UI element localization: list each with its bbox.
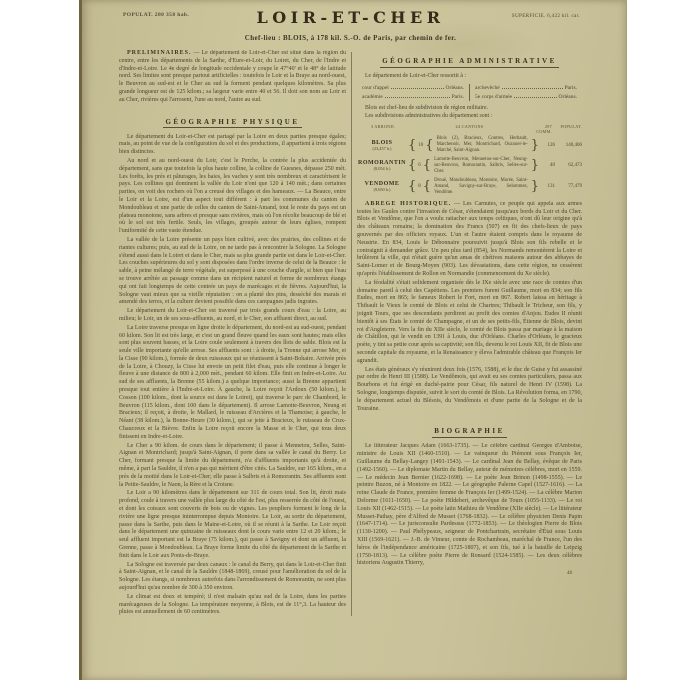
jurisdiction-value: Paris. xyxy=(452,93,464,102)
brace-close-icon: } xyxy=(530,180,540,193)
historique-paragraph: ABRÉGÉ HISTORIQUE. — Les Carnutes, ce pe… xyxy=(357,201,582,279)
page-content: POPULAT. 280 358 hab. LOIR-ET-CHER SUPER… xyxy=(119,5,582,680)
brace-open-icon: { xyxy=(407,139,417,152)
dot-leader xyxy=(502,88,563,89)
header-arrondissements: 3 ARROND. xyxy=(357,124,409,134)
two-column-body: PRÉLIMINAIRES. — Le département de Loir-… xyxy=(119,50,582,630)
jurisdiction-label: 5e corps d'armée xyxy=(475,93,512,102)
section-heading-text: GÉOGRAPHIE ADMINISTRATIVE xyxy=(380,57,559,68)
brace-open-icon: { xyxy=(407,159,417,172)
paragraph: Le Cher a 90 kilom. de cours dans le dép… xyxy=(119,443,346,490)
jurisdiction-label: archevêché xyxy=(475,84,500,93)
jurisdictions-table: cour d'appel Orléans. académie Paris. ar xyxy=(357,84,582,102)
communes-count: 40 xyxy=(540,163,555,168)
jurisdiction-label: académie xyxy=(362,93,383,102)
paragraph: Le climat est doux et tempéré; il n'est … xyxy=(119,594,346,617)
paragraph: La Sologne est traversée par deux canaux… xyxy=(119,562,346,593)
brace-open-icon: { xyxy=(424,139,434,152)
jurisdictions-right: archevêché Paris. 5e corps d'armée Orléa… xyxy=(469,84,582,102)
biographie-section: Le littérateur Jacques Adam (1663-1735).… xyxy=(357,443,582,567)
table-row: VENDOME (9,650 h.) { 8 { Droué, Mondoubl… xyxy=(357,178,582,196)
jurisdiction-label: cour d'appel xyxy=(362,84,389,93)
admin-table: 3 ARROND. 24 CANTONS 297 COMM. POPULAT. … xyxy=(357,124,582,196)
page-number: 48 xyxy=(357,571,582,576)
historique-paragraph: La féodalité s'était solidement organisé… xyxy=(357,280,582,366)
arrondissement-name: VENDOME (9,650 h.) xyxy=(357,181,407,192)
brace-close-icon: } xyxy=(530,139,540,152)
cantons-list: Lamotte-Beuvron, Mennetou-sur-Cher, Neun… xyxy=(432,157,530,175)
historique-label: ABRÉGÉ HISTORIQUE. xyxy=(365,201,451,207)
section-heading-biographie: BIOGRAPHIE xyxy=(357,420,582,438)
paragraph: La Loire traverse presque en ligne droit… xyxy=(119,325,346,442)
paragraph: Le département du Loir-et-Cher est parta… xyxy=(119,134,346,157)
brace-open-icon: { xyxy=(422,180,432,193)
preliminaires-text: — Le département de Loir-et-Cher est sit… xyxy=(119,50,346,103)
admin-intro: Le département de Loir-et-Cher ressortit… xyxy=(357,73,582,81)
subdivisions-intro: Les subdivisions administratives du dépa… xyxy=(357,113,582,121)
left-column: PRÉLIMINAIRES. — Le département de Loir-… xyxy=(119,50,346,630)
dot-leader xyxy=(391,88,444,89)
jurisdiction-row: archevêché Paris. xyxy=(475,84,577,93)
table-row: ROMORANTIN (8,054 h.) { 6 { Lamotte-Beuv… xyxy=(357,157,582,175)
arrondissement-hab: (9,650 h.) xyxy=(357,187,407,192)
dot-leader xyxy=(385,97,450,98)
brace-close-icon: } xyxy=(530,159,540,172)
population-count: 77,479 xyxy=(555,184,582,189)
cantons-list: Blois (2), Bracieux, Contres, Herbault, … xyxy=(435,136,530,154)
jurisdiction-row: 5e corps d'armée Orléans. xyxy=(475,93,577,102)
section-heading-text: BIOGRAPHIE xyxy=(432,427,507,438)
arrondissement-hab: (23,457 h.) xyxy=(357,146,407,151)
population-count: 140,406 xyxy=(555,143,582,148)
biographie-paragraph: Le littérateur Jacques Adam (1663-1735).… xyxy=(357,443,582,567)
jurisdiction-value: Orléans. xyxy=(559,93,577,102)
paragraph: Le département du Loir-et-Cher est trave… xyxy=(119,308,346,324)
jurisdiction-value: Orléans. xyxy=(446,84,464,93)
preliminaires-label: PRÉLIMINAIRES. xyxy=(127,50,192,56)
paragraph: La vallée de la Loire présente un pays b… xyxy=(119,237,346,307)
population-count: 62,473 xyxy=(555,163,582,168)
section-heading-geographie-administrative: GÉOGRAPHIE ADMINISTRATIVE xyxy=(357,50,582,68)
brace-open-icon: { xyxy=(407,180,417,193)
population-stat: POPULAT. 280 358 hab. xyxy=(123,12,189,18)
header-cantons: 24 CANTONS xyxy=(409,124,530,134)
arrondissement-name: BLOIS (23,457 h.) xyxy=(357,140,407,151)
preliminaires-paragraph: PRÉLIMINAIRES. — Le département de Loir-… xyxy=(119,50,346,105)
admin-table-header: 3 ARROND. 24 CANTONS 297 COMM. POPULAT. xyxy=(357,124,582,134)
jurisdictions-left: cour d'appel Orléans. académie Paris. xyxy=(357,84,469,102)
column-divider xyxy=(351,52,352,616)
table-row: BLOIS (23,457 h.) { 10 { Blois (2), Brac… xyxy=(357,136,582,154)
right-column: GÉOGRAPHIE ADMINISTRATIVE Le département… xyxy=(357,50,582,630)
military-note: Blois est chef-lieu de subdivision de ré… xyxy=(357,105,582,113)
dot-leader xyxy=(514,97,556,98)
arrondissement-name: ROMORANTIN (8,054 h.) xyxy=(357,160,407,171)
paragraph: Le Loir a 90 kilomètres dans le départem… xyxy=(119,490,346,560)
header-communes: 297 COMM. xyxy=(530,124,552,134)
section-heading-geographie-physique: GÉOGRAPHIE PHYSIQUE xyxy=(119,111,346,129)
historique-paragraph: Les états généraux s'y réunirent deux fo… xyxy=(357,367,582,414)
jurisdiction-row: cour d'appel Orléans. xyxy=(362,84,464,93)
header-population: POPULAT. xyxy=(552,124,582,134)
historique-section: ABRÉGÉ HISTORIQUE. — Les Carnutes, ce pe… xyxy=(357,201,582,415)
paragraph: Au nord et au nord-ouest du Loir, c'est … xyxy=(119,158,346,236)
historique-text: — Les Carnutes, ce peuple qui appela aux… xyxy=(357,201,582,277)
jurisdiction-row: académie Paris. xyxy=(362,93,464,102)
superficie-stat: SUPERFICIE. 6,422 kil. car. xyxy=(512,13,580,19)
cantons-list: Droué, Mondoubleau, Montoire, Morée, Sai… xyxy=(432,178,530,196)
chef-lieu-line: Chef-lieu : BLOIS, à 178 kil. S.-O. de P… xyxy=(119,34,582,42)
page-header: POPULAT. 280 358 hab. LOIR-ET-CHER SUPER… xyxy=(119,5,582,30)
cantons-count: 10 xyxy=(417,143,424,148)
arrondissement-hab: (8,054 h.) xyxy=(357,166,407,171)
jurisdiction-value: Paris. xyxy=(565,84,577,93)
communes-count: 126 xyxy=(540,143,555,148)
section-heading-text: GÉOGRAPHIE PHYSIQUE xyxy=(163,118,301,129)
scanned-page: POPULAT. 280 358 hab. LOIR-ET-CHER SUPER… xyxy=(79,0,627,680)
communes-count: 131 xyxy=(540,184,555,189)
brace-open-icon: { xyxy=(422,159,432,172)
